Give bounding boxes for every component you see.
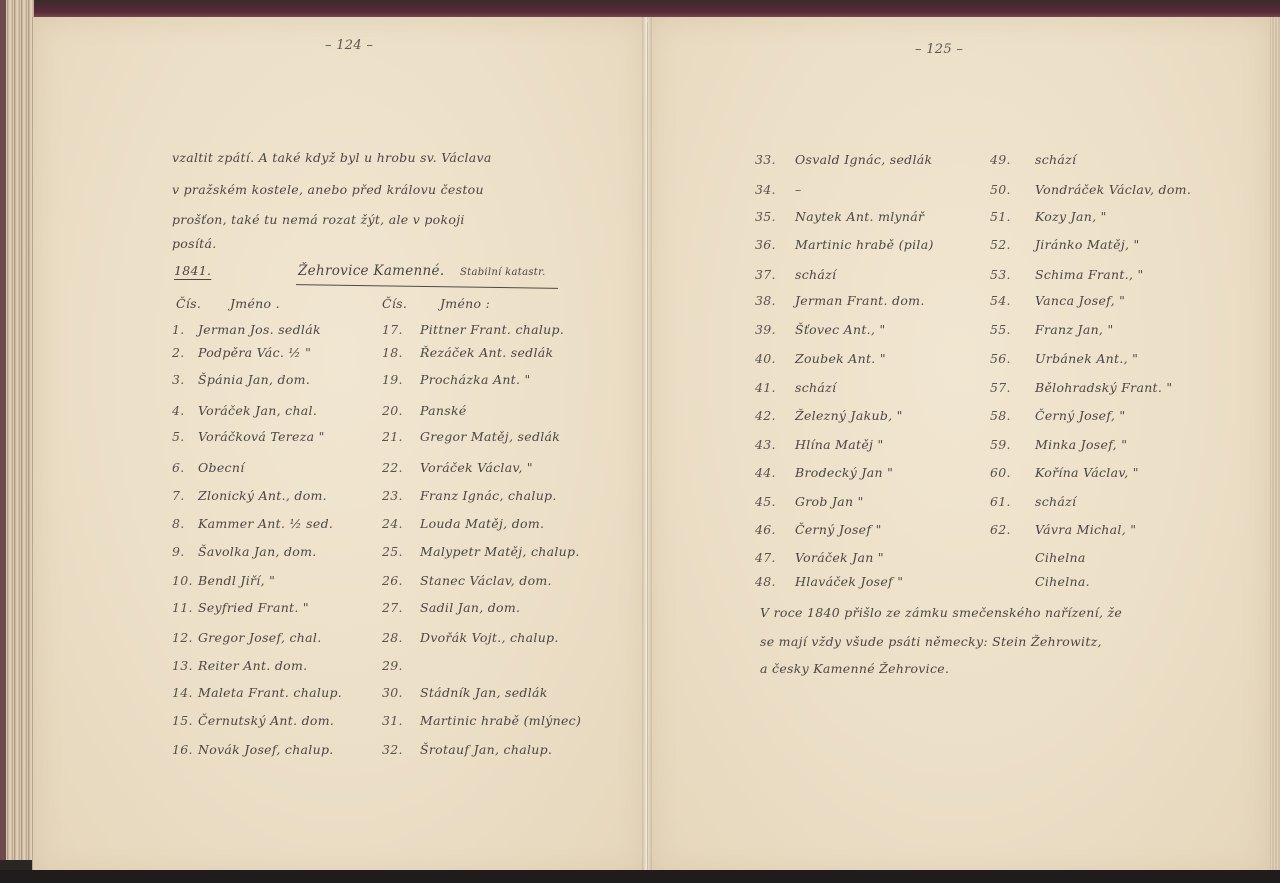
entry-number: 55.: [990, 322, 1011, 337]
entry-name: Zlonický Ant., dom.: [198, 488, 327, 503]
entry-name: schází: [795, 267, 836, 282]
entry-number: 25.: [382, 544, 403, 559]
entry-name: Voráček Jan, chal.: [198, 403, 317, 418]
entry-number: 35.: [755, 209, 776, 224]
entry-number: 27.: [382, 600, 403, 615]
entry-name: Jiránko Matěj, ": [1035, 237, 1140, 252]
note-line: se mají vždy všude psáti německy: Stein …: [760, 634, 1102, 649]
book-gutter: [642, 17, 652, 877]
entry-name: Dvořák Vojt., chalup.: [420, 630, 559, 645]
entry-name: Panské: [420, 403, 467, 418]
entry-name: Seyfried Frant. ": [198, 600, 309, 615]
entry-name: Stanec Václav, dom.: [420, 573, 552, 588]
entry-name: Martinic hrabě (mlýnec): [420, 713, 581, 728]
entry-number: 2.: [172, 345, 185, 360]
entry-name: Hlaváček Josef ": [795, 574, 903, 589]
entry-name: Řezáček Ant. sedlák: [420, 345, 553, 360]
entry-name: Kammer Ant. ½ sed.: [198, 516, 333, 531]
entry-name: Hlína Matěj ": [795, 437, 884, 452]
entry-number: 42.: [755, 408, 776, 423]
entry-number: 48.: [755, 574, 776, 589]
entry-number: 19.: [382, 372, 403, 387]
entry-number: 4.: [172, 403, 185, 418]
entry-number: 13.: [172, 658, 193, 673]
entry-name: Urbánek Ant., ": [1035, 351, 1138, 366]
entry-number: 10.: [172, 573, 193, 588]
entry-name: Novák Josef, chalup.: [198, 742, 334, 757]
entry-name: Cihelna.: [1035, 574, 1090, 589]
entry-number: 1.: [172, 322, 185, 337]
entry-number: 20.: [382, 403, 403, 418]
entry-number: 5.: [172, 429, 185, 444]
entry-name: Šavolka Jan, dom.: [198, 544, 317, 559]
entry-name: Gregor Josef, chal.: [198, 630, 322, 645]
entry-name: Podpěra Vác. ½ ": [198, 345, 311, 360]
entry-number: 32.: [382, 742, 403, 757]
left-page: [32, 17, 647, 877]
entry-name: Zoubek Ant. ": [795, 351, 886, 366]
note-line: a česky Kamenné Žehrovice.: [760, 661, 949, 676]
entry-name: Vanca Josef, ": [1035, 293, 1125, 308]
entry-number: 18.: [382, 345, 403, 360]
entry-name: Kořína Václav, ": [1035, 465, 1139, 480]
col-header-name: Jméno .: [230, 296, 280, 311]
entry-number: 7.: [172, 488, 185, 503]
entry-number: 14.: [172, 685, 193, 700]
entry-name: Voráčková Tereza ": [198, 429, 325, 444]
entry-number: 47.: [755, 550, 776, 565]
section-title: Žehrovice Kamenné.: [298, 263, 444, 279]
entry-name: Černý Josef ": [795, 522, 882, 537]
entry-name: Reiter Ant. dom.: [198, 658, 307, 673]
entry-number: 33.: [755, 152, 776, 167]
entry-name: Franz Ignác, chalup.: [420, 488, 557, 503]
entry-name: Sadil Jan, dom.: [420, 600, 520, 615]
entry-name: Louda Matěj, dom.: [420, 516, 544, 531]
entry-name: Bělohradský Frant. ": [1035, 380, 1172, 395]
entry-name: Bendl Jiří, ": [198, 573, 275, 588]
entry-number: 57.: [990, 380, 1011, 395]
entry-number: 59.: [990, 437, 1011, 452]
entry-number: 36.: [755, 237, 776, 252]
entry-number: 30.: [382, 685, 403, 700]
entry-number: 22.: [382, 460, 403, 475]
section-subtitle: Stabilní katastr.: [460, 267, 546, 278]
entry-number: 50.: [990, 182, 1011, 197]
entry-name: Pittner Frant. chalup.: [420, 322, 564, 337]
entry-name: Schima Frant., ": [1035, 267, 1144, 282]
page-number-left: – 124 –: [325, 38, 373, 53]
entry-number: 52.: [990, 237, 1011, 252]
entry-name: Cihelna: [1035, 550, 1086, 565]
entry-name: Malypetr Matěj, chalup.: [420, 544, 580, 559]
entry-number: 24.: [382, 516, 403, 531]
entry-name: Vondráček Václav, dom.: [1035, 182, 1191, 197]
entry-name: Černý Josef, ": [1035, 408, 1125, 423]
entry-number: 17.: [382, 322, 403, 337]
entry-name: Kozy Jan, ": [1035, 209, 1107, 224]
entry-name: Naytek Ant. mlynář: [795, 209, 924, 224]
entry-name: Šťovec Ant., ": [795, 322, 886, 337]
entry-number: 29.: [382, 658, 403, 673]
entry-name: Martinic hrabě (pila): [795, 237, 934, 252]
entry-name: Voráček Václav, ": [420, 460, 533, 475]
entry-number: 15.: [172, 713, 193, 728]
paragraph-line: vzaltit zpátí. A také když byl u hrobu s…: [172, 150, 492, 165]
note-line: V roce 1840 přišlo ze zámku smečenského …: [760, 605, 1122, 620]
entry-name: Jerman Frant. dom.: [795, 293, 925, 308]
paragraph-line: posítá.: [172, 236, 217, 251]
entry-name: Železný Jakub, ": [795, 408, 903, 423]
entry-number: 54.: [990, 293, 1011, 308]
page-number-right: – 125 –: [915, 42, 963, 57]
background-shadow: [0, 870, 1280, 883]
entry-number: 31.: [382, 713, 403, 728]
entry-name: Jerman Jos. sedlák: [198, 322, 321, 337]
entry-name: Stádník Jan, sedlák: [420, 685, 548, 700]
entry-number: 23.: [382, 488, 403, 503]
entry-number: 61.: [990, 494, 1011, 509]
entry-name: Minka Josef, ": [1035, 437, 1127, 452]
book-page-edges-right: [1270, 17, 1280, 883]
entry-number: 3.: [172, 372, 185, 387]
entry-number: 34.: [755, 182, 776, 197]
col-header-no: Čís.: [176, 296, 201, 311]
entry-number: 51.: [990, 209, 1011, 224]
entry-number: 38.: [755, 293, 776, 308]
section-year: 1841.: [174, 263, 211, 278]
entry-number: 21.: [382, 429, 403, 444]
entry-name: Gregor Matěj, sedlák: [420, 429, 560, 444]
entry-number: 8.: [172, 516, 185, 531]
entry-number: 39.: [755, 322, 776, 337]
entry-name: Špánia Jan, dom.: [198, 372, 310, 387]
entry-number: 60.: [990, 465, 1011, 480]
entry-number: 49.: [990, 152, 1011, 167]
entry-number: 9.: [172, 544, 185, 559]
entry-name: –: [795, 182, 802, 197]
entry-name: Obecní: [198, 460, 245, 475]
entry-name: Vávra Michal, ": [1035, 522, 1136, 537]
entry-number: 56.: [990, 351, 1011, 366]
entry-name: Grob Jan ": [795, 494, 864, 509]
entry-name: Maleta Frant. chalup.: [198, 685, 342, 700]
entry-name: Osvald Ignác, sedlák: [795, 152, 932, 167]
col-header-no: Čís.: [382, 296, 407, 311]
entry-number: 26.: [382, 573, 403, 588]
entry-number: 11.: [172, 600, 193, 615]
entry-name: Procházka Ant. ": [420, 372, 531, 387]
entry-name: schází: [795, 380, 836, 395]
entry-name: schází: [1035, 152, 1076, 167]
paragraph-line: prošťon, také tu nemá rozat žýt, ale v p…: [172, 212, 465, 227]
entry-number: 41.: [755, 380, 776, 395]
entry-number: 43.: [755, 437, 776, 452]
paragraph-line: v pražském kostele, anebo před královu č…: [172, 182, 484, 197]
entry-number: 28.: [382, 630, 403, 645]
entry-number: 44.: [755, 465, 776, 480]
entry-name: Voráček Jan ": [795, 550, 884, 565]
entry-number: 46.: [755, 522, 776, 537]
entry-number: 16.: [172, 742, 193, 757]
entry-number: 58.: [990, 408, 1011, 423]
entry-name: Šrotauf Jan, chalup.: [420, 742, 552, 757]
entry-name: Černutský Ant. dom.: [198, 713, 334, 728]
entry-number: 53.: [990, 267, 1011, 282]
entry-number: 37.: [755, 267, 776, 282]
entry-name: Franz Jan, ": [1035, 322, 1114, 337]
entry-name: schází: [1035, 494, 1076, 509]
book-page-edges-left: [0, 0, 34, 860]
entry-number: 45.: [755, 494, 776, 509]
col-header-name: Jméno :: [440, 296, 490, 311]
right-page: [648, 17, 1271, 877]
entry-number: 12.: [172, 630, 193, 645]
entry-number: 62.: [990, 522, 1011, 537]
entry-number: 6.: [172, 460, 185, 475]
entry-name: Brodecký Jan ": [795, 465, 893, 480]
entry-number: 40.: [755, 351, 776, 366]
